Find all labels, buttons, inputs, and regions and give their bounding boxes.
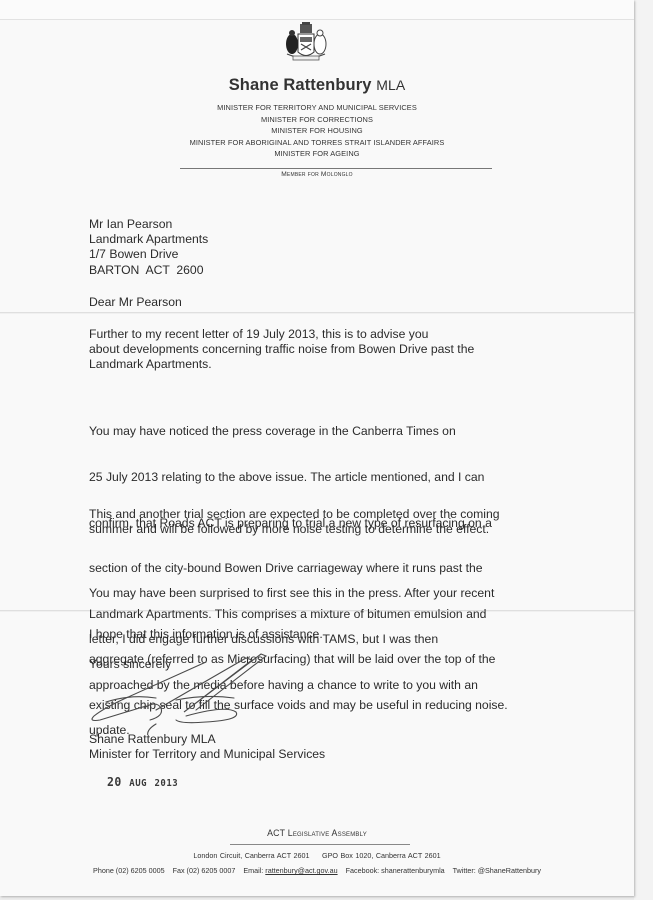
paragraph-line: I hope that this information is of assis… — [89, 627, 323, 642]
role-line: MINISTER FOR TERRITORY AND MUNICIPAL SER… — [0, 102, 634, 114]
footer-phone: Phone (02) 6205 0005 — [93, 866, 165, 875]
footer-email-link[interactable]: rattenbury@act.gov.au — [265, 866, 337, 875]
signer-title: Minister for Territory and Municipal Ser… — [89, 747, 325, 762]
handwritten-signature-icon — [86, 650, 276, 735]
footer-organisation: ACT Legislative Assembly — [0, 828, 634, 838]
body-paragraph: I hope that this information is of assis… — [89, 627, 323, 642]
paper-top-edge — [0, 0, 634, 20]
signer-block: Shane Rattenbury MLA Minister for Territ… — [89, 732, 325, 762]
paragraph-line: summer and will be followed by more nois… — [89, 522, 549, 537]
footer-facebook: Facebook: shanerattenburymla — [346, 866, 445, 875]
footer-twitter: Twitter: @ShaneRattenbury — [453, 866, 541, 875]
paragraph-line: This and another trial section are expec… — [89, 507, 549, 522]
stamp-year: 2013 — [155, 779, 179, 790]
paragraph-line: You may have noticed the press coverage … — [89, 424, 519, 439]
paragraph-line: Further to my recent letter of 19 July 2… — [89, 327, 549, 342]
ministerial-roles: MINISTER FOR TERRITORY AND MUNICIPAL SER… — [0, 102, 634, 160]
role-line: MINISTER FOR CORRECTIONS — [0, 114, 634, 126]
letter-page: Shane Rattenbury MLA MINISTER FOR TERRIT… — [0, 0, 634, 896]
role-line: MINISTER FOR AGEING — [0, 148, 634, 160]
signer-name: Shane Rattenbury MLA — [89, 732, 325, 747]
footer-email-label: Email: — [243, 866, 263, 875]
electorate-label: Member for Molonglo — [0, 171, 634, 178]
sender-post-nominal: MLA — [376, 77, 405, 93]
paragraph-line: Landmark Apartments. — [89, 357, 549, 372]
body-paragraph: Further to my recent letter of 19 July 2… — [89, 327, 549, 373]
role-line: MINISTER FOR HOUSING — [0, 125, 634, 137]
address-line: BARTON ACT 2600 — [89, 263, 208, 278]
recipient-address: Mr Ian Pearson Landmark Apartments 1/7 B… — [89, 217, 208, 278]
paragraph-line: about developments concerning traffic no… — [89, 342, 549, 357]
sender-name-heading: Shane Rattenbury MLA — [0, 76, 634, 95]
header-divider — [180, 168, 492, 169]
sender-name: Shane Rattenbury — [229, 76, 372, 94]
address-line: 1/7 Bowen Drive — [89, 247, 208, 262]
date-received-stamp: 20 AUG 2013 — [107, 775, 178, 790]
footer-address: London Circuit, Canberra ACT 2601 GPO Bo… — [0, 851, 634, 860]
address-line: Landmark Apartments — [89, 232, 208, 247]
paragraph-line: 25 July 2013 relating to the above issue… — [89, 470, 519, 485]
paragraph-line: You may have been surprised to first see… — [89, 586, 549, 601]
footer-contact-details: Phone (02) 6205 0005 Fax (02) 6205 0007 … — [0, 866, 634, 875]
fold-line — [0, 312, 634, 314]
address-line: Mr Ian Pearson — [89, 217, 208, 232]
act-coat-of-arms-icon — [283, 22, 329, 72]
footer-fax: Fax (02) 6205 0007 — [173, 866, 236, 875]
stamp-day: 20 — [107, 775, 122, 790]
footer-divider — [230, 844, 410, 845]
body-paragraph: This and another trial section are expec… — [89, 507, 549, 537]
scan-background — [634, 0, 653, 900]
stamp-month: AUG — [129, 779, 147, 790]
salutation: Dear Mr Pearson — [89, 295, 182, 310]
role-line: MINISTER FOR ABORIGINAL AND TORRES STRAI… — [0, 137, 634, 149]
